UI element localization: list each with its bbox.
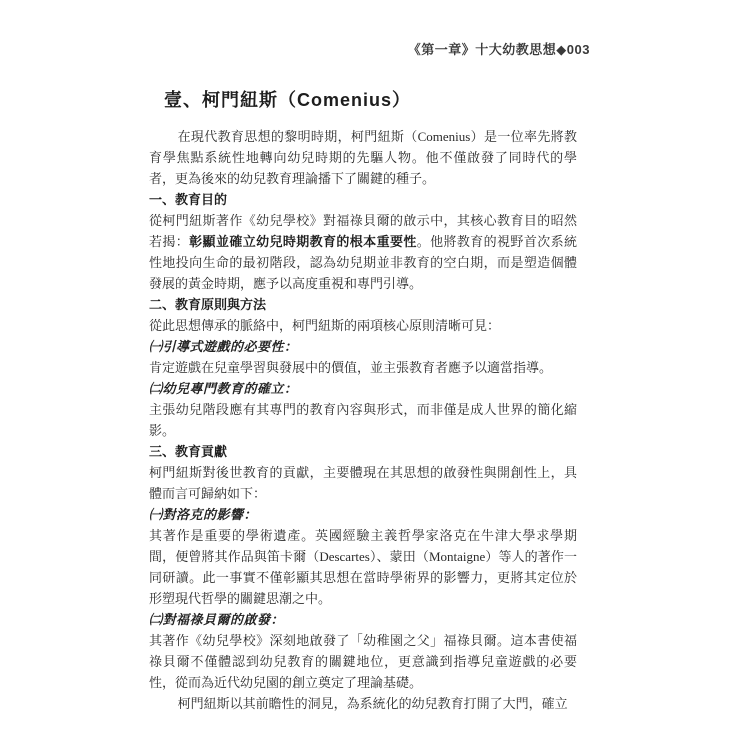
subitem-body-guided-play: 肯定遊戲在兒童學習與發展中的價值，並主張教育者應予以適當指導。 xyxy=(149,357,577,378)
subitem-heading-guided-play: ㈠引導式遊戲的必要性： xyxy=(149,336,577,357)
subitem-body-specialized-education: 主張幼兒階段應有其專門的教育內容與形式，而非僅是成人世界的簡化縮影。 xyxy=(149,399,577,441)
page-content: 壹、柯門紐斯（Comenius） 在現代教育思想的黎明時期，柯門紐斯（Comen… xyxy=(149,88,577,714)
subitem-heading-specialized-education: ㈡幼兒專門教育的確立： xyxy=(149,378,577,399)
section-heading-goals: 一、教育目的 xyxy=(149,189,577,210)
section-heading-contributions: 三、教育貢獻 xyxy=(149,441,577,462)
subitem-heading-froebel: ㈡對福祿貝爾的啟發： xyxy=(149,609,577,630)
subitem-body-locke: 其著作是重要的學術遺產。英國經驗主義哲學家洛克在牛津大學求學期間，便曾將其作品與… xyxy=(149,525,577,609)
section-lead-contributions: 柯門紐斯對後世教育的貢獻，主要體現在其思想的啟發性與開創性上，具體而言可歸納如下… xyxy=(149,462,577,504)
subitem-body-froebel: 其著作《幼兒學校》深刻地啟發了「幼稚園之父」福祿貝爾。這本書使福祿貝爾不僅體認到… xyxy=(149,630,577,693)
page-title: 壹、柯門紐斯（Comenius） xyxy=(164,88,577,112)
section-lead-principles: 從此思想傳承的脈絡中，柯門紐斯的兩項核心原則清晰可見： xyxy=(149,315,577,336)
closing-paragraph: 柯門紐斯以其前瞻性的洞見，為系統化的幼兒教育打開了大門，確立 xyxy=(149,693,577,714)
section-heading-principles: 二、教育原則與方法 xyxy=(149,294,577,315)
running-header: 《第一章》十大幼教思想◆003 xyxy=(408,39,590,58)
section-paragraph-goals: 從柯門紐斯著作《幼兒學校》對福祿貝爾的啟示中，其核心教育目的昭然若揭：彰顯並確立… xyxy=(149,210,577,294)
book-page: 《第一章》十大幼教思想◆003 壹、柯門紐斯（Comenius） 在現代教育思想… xyxy=(0,0,750,750)
subitem-heading-locke: ㈠對洛克的影響： xyxy=(149,504,577,525)
intro-paragraph: 在現代教育思想的黎明時期，柯門紐斯（Comenius）是一位率先將教育學焦點系統… xyxy=(149,126,577,189)
chapter-page-label: 《第一章》十大幼教思想◆003 xyxy=(408,42,590,57)
